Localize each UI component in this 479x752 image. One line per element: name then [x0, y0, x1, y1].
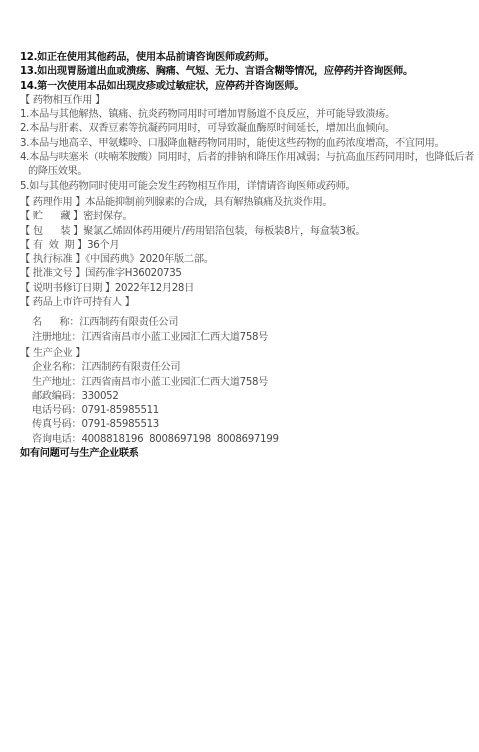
- field-label: 【 说明书修订日期 】: [20, 283, 115, 294]
- row-label: 咨询电话：: [32, 434, 81, 445]
- holder-address-row: 注册地址：江西省南昌市小蓝工业园汇仁西大道758号: [20, 331, 475, 345]
- row-value: 0791-85985511: [81, 405, 159, 416]
- manufacturer-phone-row: 电话号码：0791-85985511: [20, 404, 475, 418]
- row-value: 江西制药有限责任公司: [79, 317, 178, 328]
- field-shelf-life: 【 有 效 期 】36个月: [20, 239, 475, 253]
- interaction-item-3: 3.本品与地高辛、甲氨蝶呤、口服降血糖药物同用时，能使这些药物的血药浓度增高，不…: [20, 137, 475, 151]
- row-label: 传真号码：: [32, 419, 81, 430]
- row-label: 注册地址：: [32, 332, 81, 343]
- holder-heading: 【 药品上市许可持有人 】: [20, 296, 475, 310]
- manufacturer-fax-row: 传真号码：0791-85985513: [20, 418, 475, 432]
- row-value: 330052: [81, 391, 118, 402]
- row-value: 4008818196 8008697198 8008697199: [81, 434, 278, 445]
- package-insert-document: 12.如正在使用其他药品，使用本品前请咨询医师或药师。 13.如出现胃肠道出血或…: [20, 51, 475, 461]
- field-label: 【 执行标准 】: [20, 254, 85, 265]
- field-packaging: 【 包 装 】聚氯乙烯固体药用硬片/药用铝箔包装，每板装8片，每盒装3板。: [20, 225, 475, 239]
- field-label: 【 贮 藏 】: [20, 211, 83, 222]
- row-label: 企业名称：: [32, 362, 81, 373]
- manufacturer-postcode-row: 邮政编码：330052: [20, 390, 475, 404]
- field-label: 【 有 效 期 】: [20, 240, 87, 251]
- field-value: 36个月: [87, 240, 119, 251]
- row-label: 电话号码：: [32, 405, 81, 416]
- interaction-item-4: 4.本品与呋塞米（呋喃苯胺酸）同用时，后者的排钠和降压作用减弱；与抗高血压药同用…: [20, 151, 475, 165]
- field-standard: 【 执行标准 】《中国药典》2020年版二部。: [20, 253, 475, 267]
- field-value: 国药准字H36020735: [85, 268, 181, 279]
- row-label: 名 称：: [32, 317, 79, 328]
- manufacturer-hotline-row: 咨询电话：4008818196 8008697198 8008697199: [20, 433, 475, 447]
- holder-name-row: 名 称：江西制药有限责任公司: [20, 316, 475, 330]
- precaution-item-13: 13.如出现胃肠道出血或溃疡、胸痛、气短、无力、言语含糊等情况，应停药并咨询医师…: [20, 65, 475, 79]
- field-pharmacology: 【 药理作用 】本品能抑制前列腺素的合成，具有解热镇痛及抗炎作用。: [20, 196, 475, 210]
- field-label: 【 药理作用 】: [20, 197, 85, 208]
- row-value: 江西省南昌市小蓝工业园汇仁西大道758号: [81, 377, 268, 388]
- field-value: 《中国药典》2020年版二部。: [85, 254, 213, 265]
- manufacturer-heading: 【 生产企业 】: [20, 347, 475, 361]
- interaction-item-2: 2.本品与肝素、双香豆素等抗凝药同用时，可导致凝血酶原时间延长，增加出血倾向。: [20, 122, 475, 136]
- field-approval-number: 【 批准文号 】国药准字H36020735: [20, 267, 475, 281]
- row-label: 邮政编码：: [32, 391, 81, 402]
- row-label: 生产地址：: [32, 377, 81, 388]
- interaction-item-4-continued: 的降压效果。: [20, 165, 475, 179]
- field-value: 2022年12月28日: [115, 283, 194, 294]
- precaution-item-12: 12.如正在使用其他药品，使用本品前请咨询医师或药师。: [20, 51, 475, 65]
- row-value: 江西省南昌市小蓝工业园汇仁西大道758号: [81, 332, 268, 343]
- field-value: 本品能抑制前列腺素的合成，具有解热镇痛及抗炎作用。: [85, 197, 332, 208]
- row-value: 江西制药有限责任公司: [81, 362, 180, 373]
- field-value: 聚氯乙烯固体药用硬片/药用铝箔包装，每板装8片，每盒装3板。: [83, 226, 365, 237]
- manufacturer-address-row: 生产地址：江西省南昌市小蓝工业园汇仁西大道758号: [20, 376, 475, 390]
- interaction-item-1: 1.本品与其他解热、镇痛、抗炎药物同用时可增加胃肠道不良反应，并可能导致溃疡。: [20, 108, 475, 122]
- manufacturer-name-row: 企业名称：江西制药有限责任公司: [20, 361, 475, 375]
- field-storage: 【 贮 藏 】密封保存。: [20, 210, 475, 224]
- field-label: 【 批准文号 】: [20, 268, 85, 279]
- precaution-item-14: 14.第一次使用本品如出现皮疹或过敏症状，应停药并咨询医师。: [20, 80, 475, 94]
- field-revision-date: 【 说明书修订日期 】2022年12月28日: [20, 282, 475, 296]
- row-value: 0791-85985513: [81, 419, 159, 430]
- interaction-item-5: 5.如与其他药物同时使用可能会发生药物相互作用，详情请咨询医师或药师。: [20, 180, 475, 194]
- field-label: 【 包 装 】: [20, 226, 83, 237]
- field-value: 密封保存。: [83, 211, 132, 222]
- footer-note: 如有问题可与生产企业联系: [20, 447, 475, 461]
- interactions-heading: 【 药物相互作用 】: [20, 94, 475, 108]
